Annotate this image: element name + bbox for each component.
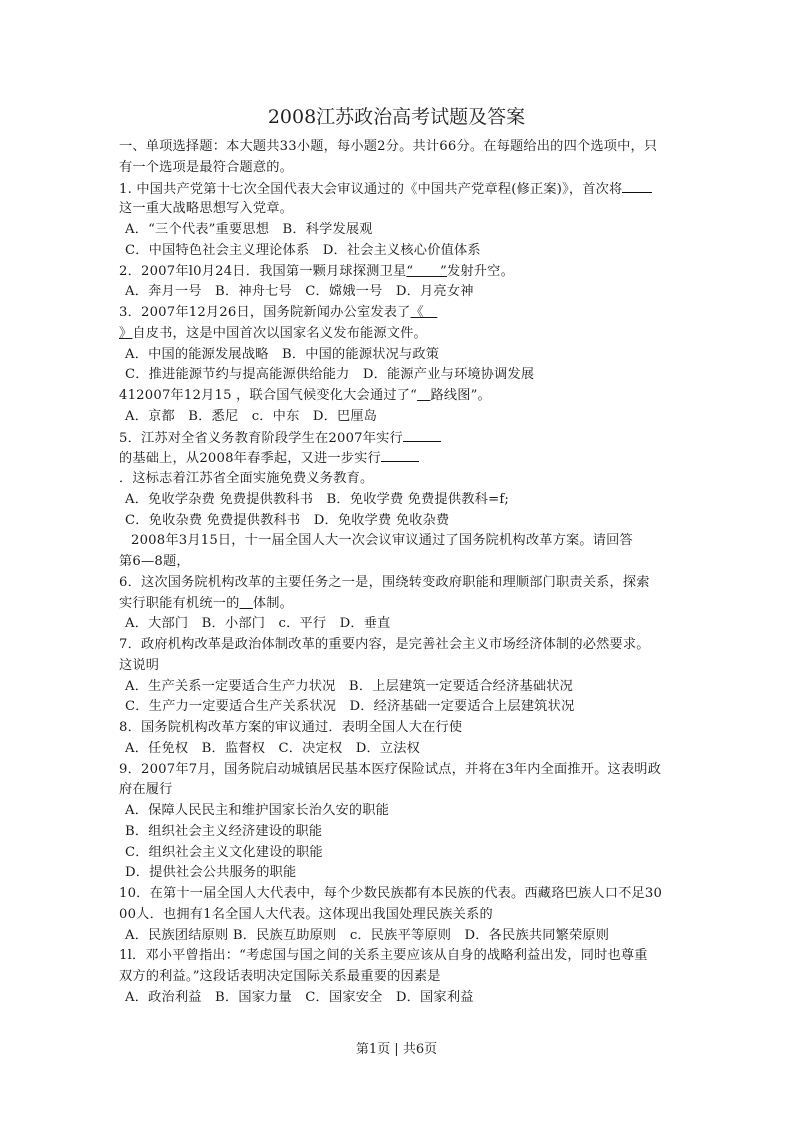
question-6-stem: 6．这次国务院机构改革的主要任务之一是，围绕转变政府职能和理顺部门职责关系，探索	[119, 573, 689, 594]
question-11-options: A．政治利益 B．国家力量 C．国家安全 D．国家利益	[119, 988, 689, 1009]
question-8-stem: 8．国务院机构改革方案的审议通过．表明全国人大在行使	[119, 718, 689, 739]
question-3-stem: 3．2007年12月26日，国务院新闻办公室发表了《	[119, 303, 689, 324]
question-9-stem-cont: 府在履行	[119, 780, 689, 801]
question-9-stem: 9．2007年7月，国务院启动城镇居民基本医疗保险试点，并将在3年内全面推开。这…	[119, 760, 689, 781]
question-9-option-d: D．提供社会公共服务的职能	[119, 863, 689, 884]
question-9-option-b: B．组织社会主义经济建设的职能	[119, 822, 689, 843]
answer-blank: “ ”	[406, 264, 447, 279]
question-7-options-ab: A．生产关系一定要适合生产力状况 B．上层建筑一定要适合经济基础状况	[119, 677, 689, 698]
question-5-stem: 5．江苏对全省义务教育阶段学生在2007年实行	[119, 428, 689, 449]
answer-blank: 》	[119, 326, 132, 341]
answer-blank	[403, 428, 441, 442]
question-5-options-cd: C．免收杂费 免费提供教科书 D．免收学费 免收杂费	[119, 511, 689, 532]
question-1-stem-cont: 这一重大战略思想写入党章。	[119, 199, 689, 220]
question-3-options-cd: C．推进能源节约与提高能源供给能力 D．能源产业与环境协调发展	[119, 365, 689, 386]
answer-blank	[417, 388, 430, 403]
question-10-stem: 10．在第十一届全国人大代表中，每个少数民族都有本民族的代表。西藏珞巴族人口不足…	[119, 884, 689, 905]
question-6-options: A．大部门 B．小部门 c．平行 D．垂直	[119, 614, 689, 635]
document-title: 2008江苏政治高考试题及答案	[0, 104, 793, 130]
question-1-options-ab: A．“三个代表”重要思想 B．科学发展观	[119, 220, 689, 241]
question-2-options: A．奔月一号 B．神舟七号 C．嫦娥一号 D．月亮女神	[119, 282, 689, 303]
question-11-stem-cont: 双方的利益。”这段话表明决定国际关系最重要的因素是	[119, 967, 689, 988]
answer-blank	[240, 596, 253, 611]
answer-blank: 《	[411, 305, 438, 320]
page-footer: 第1页 | 共6页	[0, 1038, 793, 1057]
section-heading-line-1: 一、单项选择题：本大题共33小题，每小题2分。共计66分。在每题给出的四个选项中…	[119, 137, 689, 158]
question-10-stem-cont: 00人．也拥有1名全国人大代表。这体现出我国处理民族关系的	[119, 905, 689, 926]
question-3-stem-cont: 》自皮书，这是中国首次以国家名义发布能源文件。	[119, 324, 689, 345]
question-9-option-a: A．保障人民民主和维护国家长治久安的职能	[119, 801, 689, 822]
question-10-options: A．民族团结原则 B．民族互助原则 c．民族平等原则 D．各民族共同繁荣原则	[119, 926, 689, 947]
document-body: 一、单项选择题：本大题共33小题，每小题2分。共计66分。在每题给出的四个选项中…	[119, 137, 689, 1009]
question-5-options-ab: A．免收学杂费 免费提供教科书 B．免收学费 免费提供教科=f;	[119, 490, 689, 511]
question-7-options-cd: C．生产力一定要适合生产关系状况 D．经济基础一定要适合上层建筑状况	[119, 697, 689, 718]
question-3-options-ab: A．中国的能源发展战略 B．中国的能源状况与政策	[119, 345, 689, 366]
question-1-stem: 1. 中国共产党第十七次全国代表大会审议通过的《中国共产党章程(修正案)》，首次…	[119, 179, 689, 200]
answer-blank	[381, 448, 419, 462]
question-11-stem: 1l．邓小平曾指出：“考虑国与国之间的关系主要应该从自身的战略利益出发，同时也尊…	[119, 946, 689, 967]
question-4-stem: 412007年12月15 ，联合国气候变化大会通过了“ 路线图”。	[119, 386, 689, 407]
section-heading-line-2: 有一个选项是最符合题意的。	[119, 158, 689, 179]
question-1-options-cd: C．中国特色社会主义理论体系 D．社会主义核心价值体系	[119, 241, 689, 262]
material-intro: 2008年3月15日，十一届全国人大一次会议审议通过了国务院机构改革方案。请回答	[119, 531, 689, 552]
question-2-stem: 2．2007年l0月24日．我国第一颗月球探测卫星“ ”发射升空。	[119, 262, 689, 283]
question-7-stem: 7．政府机构改革是政治体制改革的重要内容，是完善社会主义市场经济体制的必然要求。	[119, 635, 689, 656]
question-8-options: A．任免权 B．监督权 C．决定权 D．立法权	[119, 739, 689, 760]
answer-blank	[622, 179, 652, 193]
question-7-stem-cont: 这说明	[119, 656, 689, 677]
material-intro-cont: 第6—8题，	[119, 552, 689, 573]
question-9-option-c: C．组织社会主义文化建设的职能	[119, 843, 689, 864]
question-4-options: A．京都 B．悉尼 c．中东 D．巴厘岛	[119, 407, 689, 428]
question-5-stem-cont: 的基础上，从2008年春季起，又进一步实行	[119, 448, 689, 469]
question-6-stem-cont: 实行职能有机统一的 体制。	[119, 594, 689, 615]
question-5-stem-end: ．这标志着江苏省全面实施免费义务教育。	[119, 469, 689, 490]
